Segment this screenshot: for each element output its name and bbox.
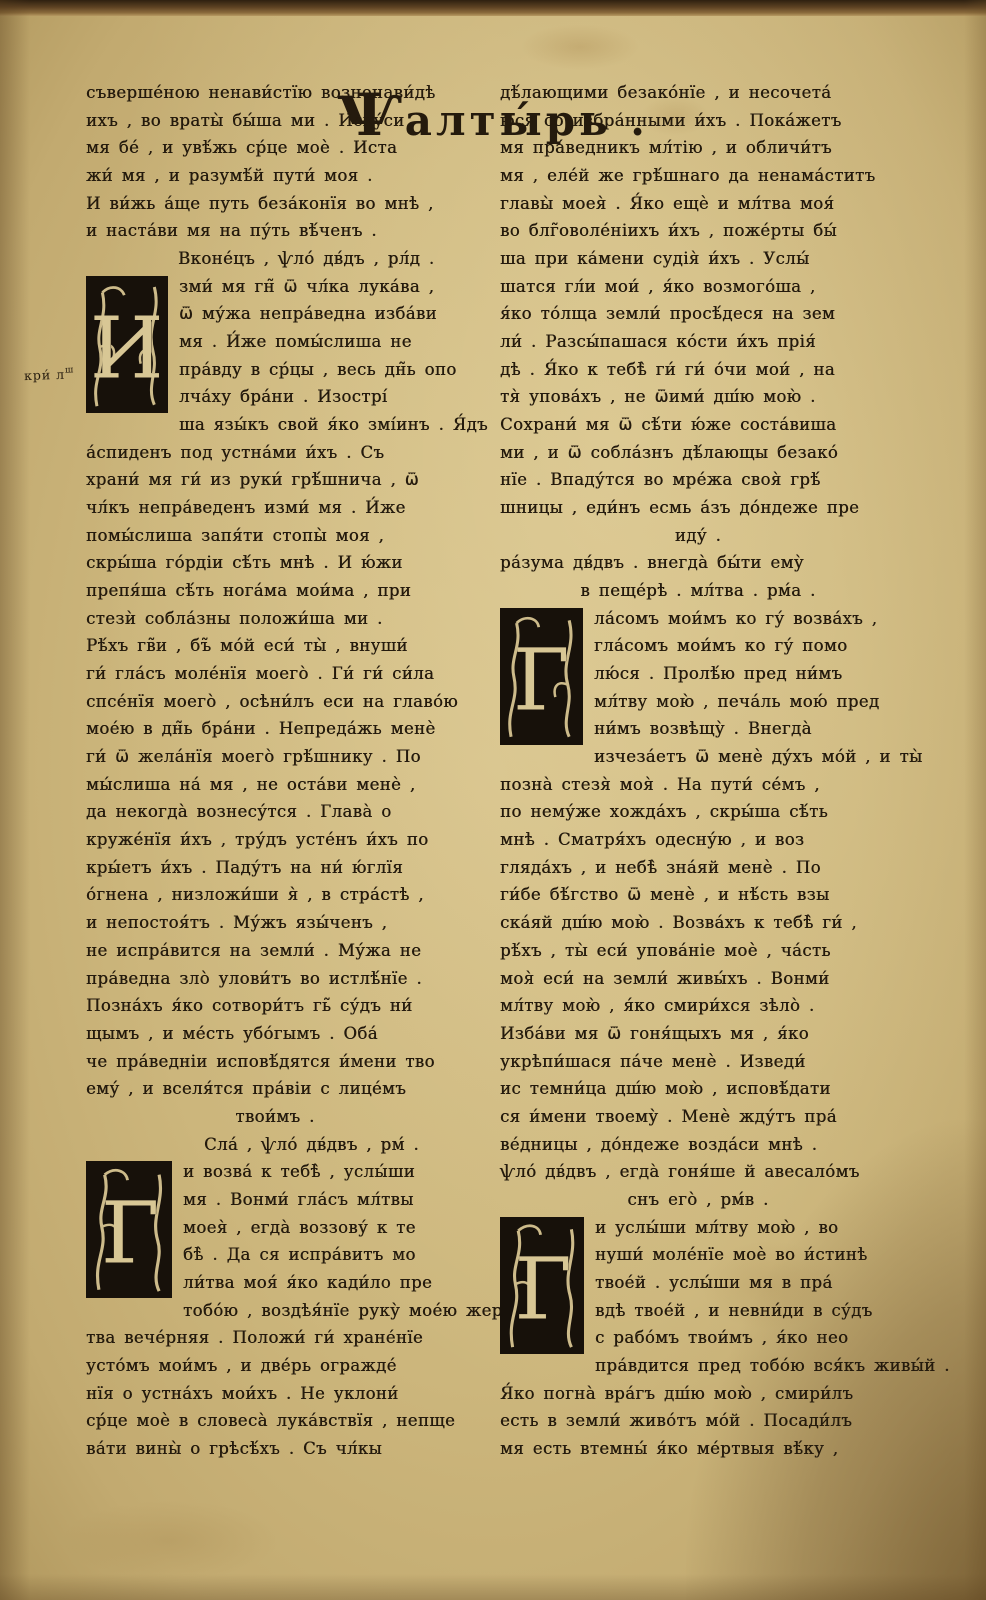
text-line: ис темни́ца дш́ю мою̀ , исповѣ́дати bbox=[500, 1075, 896, 1103]
psalm-141-heading-2: в пеще́рѣ . мл́тва . рм́а . bbox=[500, 577, 896, 605]
text-line: ся и́мени твоему̀ . Менѐ жду́тъ пра́ bbox=[500, 1103, 896, 1131]
woodcut-initial-izmi: И bbox=[86, 276, 168, 413]
text-line: мнѣ . Сматря́хъ одесну́ю , и воз bbox=[500, 826, 896, 854]
psalm-140-heading: Сла́ , ѱло́ дв́двъ , рм́ . bbox=[204, 1131, 464, 1159]
initial-letter: Г bbox=[514, 1240, 572, 1339]
text-line: пра́вдится пред тобо́ю вся́къ живы́й . bbox=[500, 1352, 896, 1380]
psalter-page: Ѱалты́рь . кри́ лш съверше́ною ненави́ст… bbox=[0, 0, 986, 1600]
psalm-140-continuation: дѣ́лающими безако́нїе , и несочета́юся с… bbox=[500, 79, 896, 522]
text-line: Я́ко погна̀ вра́гъ дш́ю мою̀ , смири́лъ bbox=[500, 1380, 896, 1408]
right-column: дѣ́лающими безако́нїе , и несочета́юся с… bbox=[500, 79, 896, 1463]
text-line: мя , еле́й же грѣ́шнаго да ненама́ститъ bbox=[500, 162, 896, 190]
text-line: я́ко то́лща земли́ просѣ́деся на зем bbox=[500, 300, 896, 328]
psalm-142-heading-2: снъ его̀ , рм́в . bbox=[500, 1186, 896, 1214]
text-line: ги́ гла́съ моле́нїя моего̀ . Ги́ ги́ си́… bbox=[86, 660, 464, 688]
text-line: кры́етъ и́хъ . Паду́тъ на ни́ ю́глїя bbox=[86, 854, 464, 882]
text-line: рѣ́хъ , ты̀ еси́ упова́ніе моѐ , ча́сть bbox=[500, 937, 896, 965]
text-line: тя̀ упова́хъ , не ѿими́ дш́ю мою̀ . bbox=[500, 383, 896, 411]
text-line: мл́тву мою̀ , я́ко смири́хся зѣло̀ . bbox=[500, 992, 896, 1020]
text-line: нїе . Впаду́тся во мре́жа своя̀ грѣ́ bbox=[500, 466, 896, 494]
initial-letter: И bbox=[90, 299, 164, 398]
text-line: щымъ , и ме́сть убо́гымъ . Оба́ bbox=[86, 1020, 464, 1048]
text-line: мы́слиша на́ мя , не оста́ви менѐ , bbox=[86, 771, 464, 799]
text-line: по нему́же хожда́хъ , скры́ша сѣ́ть bbox=[500, 798, 896, 826]
text-line: ихъ , во враты̀ бы́ша ми . Иску́си bbox=[86, 107, 464, 135]
book-top-edge bbox=[0, 0, 986, 16]
text-line: че пра́ведніи исповѣ́дятся и́мени тво bbox=[86, 1048, 464, 1076]
text-line: чл́къ непра́веденъ изми́ мя . И́же bbox=[86, 494, 464, 522]
text-line: ве́дницы , до́ндеже возда́си мнѣ . bbox=[500, 1131, 896, 1159]
text-line: Рѣ́хъ гв̃и , бъ̃ мо́й еси́ ты̀ , внуши́ bbox=[86, 632, 464, 660]
text-line: ги́бе бѣ́гство ѿ менѐ , и нѣ́сть взы bbox=[500, 881, 896, 909]
text-line: ми , и ѿ собла́знъ дѣ́лающы безако́ bbox=[500, 439, 896, 467]
psalm-142-heading-1: ѱло́ дв́двъ , егда̀ гоня́ше й авесало́мъ bbox=[500, 1158, 896, 1186]
paper-stain bbox=[60, 1500, 280, 1580]
text-line: Сохрани́ мя ѿ сѣ́ти ю́же соста́виша bbox=[500, 411, 896, 439]
paper-stain bbox=[520, 24, 640, 70]
text-line: усто́мъ мои́мъ , и две́рь огражде́ bbox=[86, 1352, 464, 1380]
psalm-139-closing: твои́мъ . bbox=[86, 1103, 464, 1131]
text-line: позна̀ стезя̀ моя̀ . На пути́ се́мъ , bbox=[500, 771, 896, 799]
text-line: ша при ка́мени судія̀ и́хъ . Услы́ bbox=[500, 245, 896, 273]
text-line: пра́ведна зло̀ улови́тъ во истлѣ́нїе . bbox=[86, 965, 464, 993]
text-line: спсе́нїя моего̀ , осѣни́лъ еси на главо́… bbox=[86, 688, 464, 716]
psalm-140-body: тобо́ю , воздѣя́нїе руку̀ мое́ю жертва в… bbox=[86, 1297, 464, 1463]
text-line: шницы , еди́нъ есмь а́зъ до́ндеже пре bbox=[500, 494, 896, 522]
text-line: тобо́ю , воздѣя́нїе руку̀ мое́ю жер bbox=[86, 1297, 464, 1325]
psalm-141-opening: Г ла́сомъ мои́мъ ко гу́ возва́хъ ,гла́со… bbox=[500, 605, 896, 743]
psalm-142-opening: Г и услы́ши мл́тву мою̀ , вонуши́ моле́н… bbox=[500, 1214, 896, 1352]
text-line: а́спиденъ под устна́ми и́хъ . Съ bbox=[86, 439, 464, 467]
text-line: круже́нїя и́хъ , тру́дъ усте́нъ и́хъ по bbox=[86, 826, 464, 854]
text-line: ска́яй дш́ю мою̀ . Возва́хъ к тебѣ̀ ги́ … bbox=[500, 909, 896, 937]
text-line: мое́ю в дн̃ь бра́ни . Непреда́жь менѐ bbox=[86, 715, 464, 743]
margin-note-text: кри́ л bbox=[24, 367, 66, 383]
psalm-139-opening: И зми́ мя гн̃ ѿ чл́ка лука́ва ,ѿ му́жа н… bbox=[86, 273, 464, 411]
text-line: помы́слиша запя́ти стопы̀ моя , bbox=[86, 522, 464, 550]
text-line: ва́ти вины̀ о грѣсѣ́хъ . Съ чл́кы bbox=[86, 1435, 464, 1463]
text-line: гляда́хъ , и небѣ̀ зна́яй менѐ . По bbox=[500, 854, 896, 882]
text-line: храни́ мя ги́ из руки́ грѣ́шнича , ѿ bbox=[86, 466, 464, 494]
text-line: ги́ ѿ жела́нїя моего̀ грѣ́шнику . По bbox=[86, 743, 464, 771]
text-line: И ви́жь а́ще путь беза́конїя во мнѣ , bbox=[86, 190, 464, 218]
text-line: мя бе́ , и увѣ́жь ср́це моѐ . Иста bbox=[86, 134, 464, 162]
left-column: съверше́ною ненави́стїю возненави́дѣихъ … bbox=[86, 79, 464, 1463]
text-line: съверше́ною ненави́стїю возненави́дѣ bbox=[86, 79, 464, 107]
text-line: дѣ́лающими безако́нїе , и несочета́ bbox=[500, 79, 896, 107]
text-line: жи́ мя , и разумѣ́й пути́ моя . bbox=[86, 162, 464, 190]
text-line: препя́ша сѣ́ть нога́ма мои́ма , при bbox=[86, 577, 464, 605]
psalm-141-body: изчеза́етъ ѿ менѐ ду́хъ мо́й , и ты̀позн… bbox=[500, 743, 896, 1158]
text-line: мя пра́ведникъ мл́тію , и обличи́тъ bbox=[500, 134, 896, 162]
text-line: ему́ , и вселя́тся пра́віи с лице́мъ bbox=[86, 1075, 464, 1103]
text-line: ср́це моѐ в словеса̀ лука́вствїя , непще bbox=[86, 1407, 464, 1435]
text-line: дѣ . Я́ко к тебѣ̀ ги́ ги́ о́чи мои́ , на bbox=[500, 356, 896, 384]
page-left-shadow bbox=[0, 0, 30, 1600]
text-line: изчеза́етъ ѿ менѐ ду́хъ мо́й , и ты̀ bbox=[500, 743, 896, 771]
woodcut-initial-gi-uslyshi: Г bbox=[500, 1217, 584, 1354]
text-line: укрѣпи́шася па́че менѐ . Изведи́ bbox=[500, 1048, 896, 1076]
margin-note: кри́ лш bbox=[24, 365, 89, 383]
psalm-140-opening: Г и возва́ к тебѣ̀ , услы́шимя . Вонми́ … bbox=[86, 1158, 464, 1296]
text-line: не испра́вится на земли́ . Му́жа не bbox=[86, 937, 464, 965]
text-line: Изба́ви мя ѿ гоня́щыхъ мя , я́ко bbox=[500, 1020, 896, 1048]
woodcut-initial-glasom: Г bbox=[500, 608, 583, 745]
text-line: главы̀ моея̀ . Я́ко ещѐ и мл́тва моя́ bbox=[500, 190, 896, 218]
text-line: ли́ . Разсы́пашася ко́сти и́хъ прія́ bbox=[500, 328, 896, 356]
text-line: нїя о устна́хъ мои́хъ . Не уклони́ bbox=[86, 1380, 464, 1408]
psalm-139-heading: Вконе́цъ , ѱло́ дв́дъ , рл́д . bbox=[178, 245, 464, 273]
psalm-141-heading-1: ра́зума дв́двъ . внегда̀ бы́ти ему̀ bbox=[500, 549, 896, 577]
text-line: и наста́ви мя на пу́ть вѣ́ченъ . bbox=[86, 217, 464, 245]
text-line: ша язы́къ свой я́ко змі́инъ . Я́дъ bbox=[86, 411, 464, 439]
text-line: скры́ша го́рдіи сѣ́ть мнѣ . И ю́жи bbox=[86, 549, 464, 577]
text-line: юся со избра́нными и́хъ . Пока́жетъ bbox=[500, 107, 896, 135]
text-line: шатся гл́и мои́ , я́ко возмого́ша , bbox=[500, 273, 896, 301]
psalm-closing: иду́ . bbox=[500, 522, 896, 550]
text-line: и непостоя́тъ . Му́жъ язы́ченъ , bbox=[86, 909, 464, 937]
text-line: есть в земли́ живо́тъ мо́й . Посади́лъ bbox=[500, 1407, 896, 1435]
margin-note-superscript: ш bbox=[65, 365, 75, 375]
text-line: да некогда̀ вознесу́тся . Глава̀ о bbox=[86, 798, 464, 826]
psalm-142-body: пра́вдится пред тобо́ю вся́къ живы́й .Я́… bbox=[500, 1352, 896, 1463]
text-line: тва вече́рняя . Положи́ ги́ хране́нїе bbox=[86, 1324, 464, 1352]
text-line: моя̀ еси́ на земли́ живы́хъ . Вонми́ bbox=[500, 965, 896, 993]
text-line: во блг̃оволе́ніихъ и́хъ , поже́рты бы́ bbox=[500, 217, 896, 245]
text-line: Позна́хъ я́ко сотвори́тъ гь̃ су́дъ ни́ bbox=[86, 992, 464, 1020]
intro-lines: съверше́ною ненави́стїю возненави́дѣихъ … bbox=[86, 79, 464, 245]
text-line: мя есть втемны́ я́ко ме́ртвыя вѣ́ку , bbox=[500, 1435, 896, 1463]
woodcut-initial-gi: Г bbox=[86, 1161, 172, 1298]
initial-letter: Г bbox=[513, 632, 570, 731]
text-line: о́гнена , низложи́ши я̀ , в стра́стѣ , bbox=[86, 881, 464, 909]
initial-letter: Г bbox=[101, 1184, 160, 1283]
text-line: стезѝ собла́зны положи́ша ми . bbox=[86, 605, 464, 633]
psalm-139-body: ша язы́къ свой я́ко змі́инъ . Я́дъа́спид… bbox=[86, 411, 464, 1103]
